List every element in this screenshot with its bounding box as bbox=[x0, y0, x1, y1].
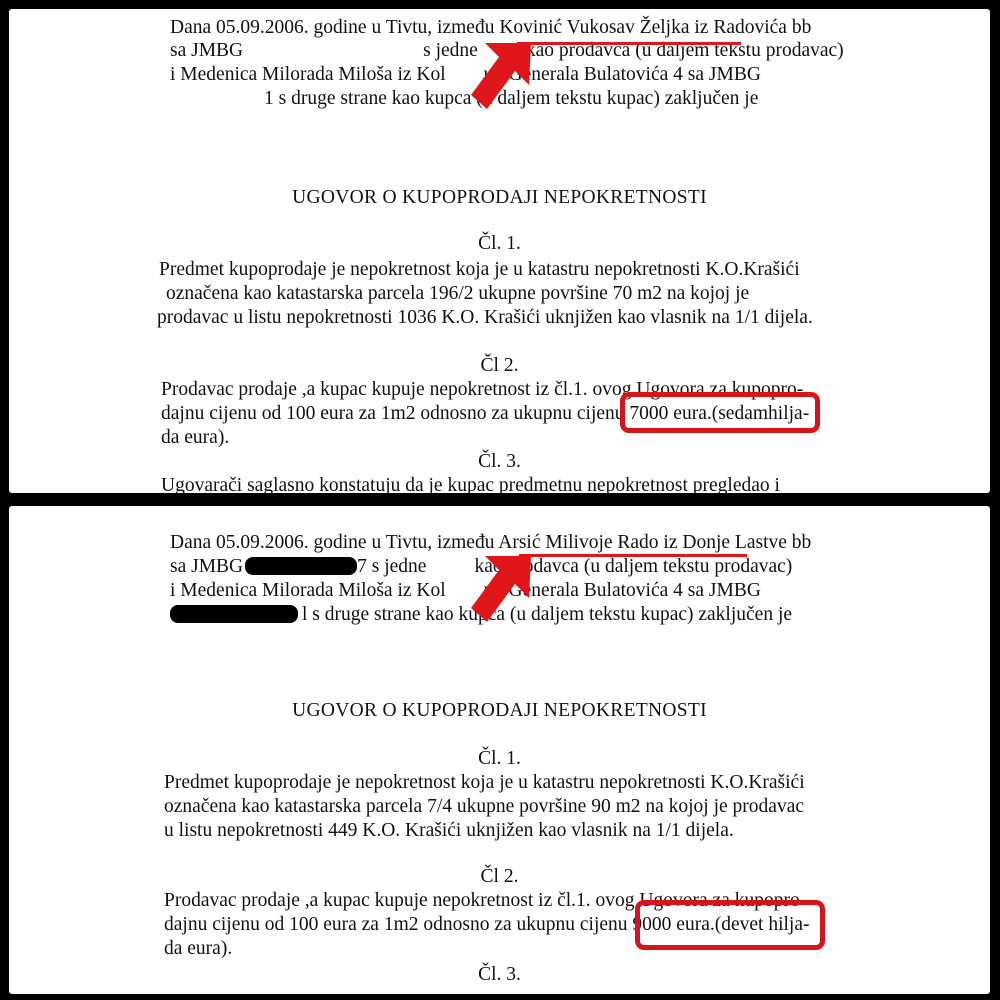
jmbg-label: sa JMBG bbox=[170, 556, 243, 577]
intro-line-3: i Medenica Milorada Miloša iz Kolul. Gen… bbox=[170, 580, 761, 602]
article-2-heading: Čl 2. bbox=[9, 866, 990, 888]
intro-line-1: Dana 05.09.2006. godine u Tivtu, između … bbox=[170, 17, 811, 39]
article-1-line-2: označena kao katastarska parcela 7/4 uku… bbox=[164, 796, 804, 818]
article-1-line-1: Predmet kupoprodaje je nepokretnost koja… bbox=[164, 772, 805, 794]
article-1-line-3: u listu nepokretnosti 449 K.O. Krašići u… bbox=[164, 820, 734, 842]
article-1-heading: Čl. 1. bbox=[9, 233, 990, 255]
redaction-bar bbox=[245, 557, 357, 575]
article-1-line-3: prodavac u listu nepokretnosti 1036 K.O.… bbox=[157, 307, 813, 329]
article-2-line-3: da eura). bbox=[161, 427, 229, 449]
seller-name-underline bbox=[519, 554, 747, 557]
contract-scan-top: Dana 05.09.2006. godine u Tivtu, između … bbox=[9, 9, 990, 493]
article-2-heading: Čl 2. bbox=[9, 355, 990, 377]
contract-title: UGOVOR O KUPOPRODAJI NEPOKRETNOSTI bbox=[9, 187, 990, 209]
price-highlight-box bbox=[635, 900, 825, 950]
article-2-line-3: da eura). bbox=[164, 938, 232, 960]
article-3-heading: Čl. 3. bbox=[9, 964, 990, 986]
article-1-line-1: Predmet kupoprodaje je nepokretnost koja… bbox=[159, 259, 800, 281]
jmbg-label: sa JMBG bbox=[170, 40, 243, 61]
article-3-heading: Čl. 3. bbox=[9, 451, 990, 473]
contract-title: UGOVOR O KUPOPRODAJI NEPOKRETNOSTI bbox=[9, 700, 990, 722]
contract-scan-bottom: Dana 05.09.2006. godine u Tivtu, između … bbox=[9, 506, 990, 994]
article-3-line-1: Ugovarači saglasno konstatuju da je kupa… bbox=[161, 475, 780, 493]
price-highlight-box bbox=[620, 392, 820, 433]
redaction-bar bbox=[170, 605, 298, 623]
red-arrow-icon bbox=[471, 43, 551, 113]
intro-line-1: Dana 05.09.2006. godine u Tivtu, između … bbox=[170, 532, 811, 554]
article-1-heading: Čl. 1. bbox=[9, 748, 990, 770]
article-1-line-2: označena kao katastarska parcela 196/2 u… bbox=[166, 283, 749, 305]
intro-line-3: i Medenica Milorada Miloša iz Kolul. Gen… bbox=[170, 64, 761, 86]
red-arrow-icon bbox=[471, 556, 551, 626]
